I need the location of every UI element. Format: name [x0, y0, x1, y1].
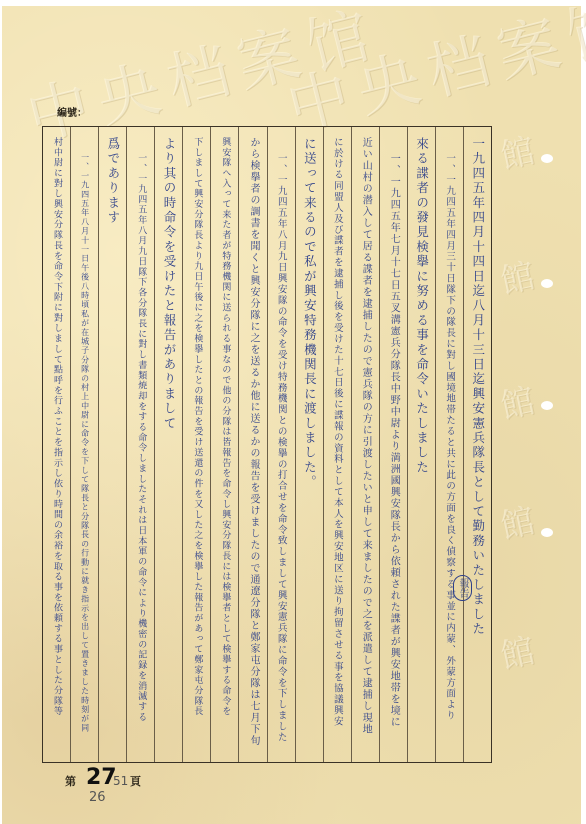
handwritten-line: 來る諜者の發見検擧に努める事を命令いたしました: [415, 137, 428, 475]
handwritten-line: 一、一九四五年八月九日興安隊の命令を受け特務機関との検擧の打合せを命令致しまして…: [276, 153, 286, 743]
binding-hole: [541, 279, 553, 288]
manuscript-column: 興安隊へ入って来た者が特務機関に送られる事なので他の分隊は皆報告を命令し興安分隊…: [210, 127, 238, 762]
watermark-side: 館: [495, 123, 538, 178]
binding-hole: [541, 528, 553, 537]
manuscript-grid: 一九四五年四月十四日迄八月十三日迄興安憲兵隊長として勤務いたしました一、一九四五…: [42, 126, 492, 763]
handwritten-line: 近い山村の潜入して居る諜者を逮捕したので憲兵隊の方に引渡したいと申して来ましたの…: [360, 137, 370, 735]
binding-hole: [541, 154, 553, 163]
page-note-handwritten: 26: [89, 790, 106, 805]
watermark-side: 館: [495, 373, 538, 428]
handwritten-line: より其の時命令を受けたと報告がありまして: [163, 137, 176, 431]
page-note-handwritten: 51: [113, 774, 128, 788]
manuscript-column: 一、一九四五年七月十七日五叉溝憲兵分隊長中野中尉より満洲國興安隊長から依頼された…: [379, 127, 407, 762]
manuscript-column: 村中尉に對し興安分隊長を命令下附に對しまして點呼を行ふことを指示し依り時間の余裕…: [43, 127, 70, 762]
handwritten-line: に送って来るので私が興安特務機関長に渡しました。: [303, 137, 316, 490]
page-label-prefix: 第: [65, 773, 76, 789]
manuscript-column: 近い山村の潜入して居る諜者を逮捕したので憲兵隊の方に引渡したいと申して来ましたの…: [351, 127, 379, 762]
handwritten-line: 一、一九四五年八月九日隊下各分隊長に對し書類焼却をする命令しましたそれは日本軍の…: [136, 153, 145, 722]
manuscript-column: 一九四五年四月十四日迄八月十三日迄興安憲兵隊長として勤務いたしました: [463, 127, 491, 762]
handwritten-line: 興安隊へ入って来た者が特務機関に送られる事なので他の分隊は皆報告を命令し興安分隊…: [220, 137, 229, 717]
manuscript-column: から検擧者の調書を聞くと興安分隊に之を送るか他に送るかの報告を受けましたので通遼…: [238, 127, 266, 762]
manuscript-column: 一、一九四五年八月十一日午後八時頃私が在城子分隊の村上中尉に命令を下して隊長と分…: [70, 127, 98, 762]
handwritten-line: 下しまして興安分隊長より九日午後に之を検擧したとの報告を受け送還の件を又した之を…: [192, 137, 201, 717]
handwritten-line: 一、一九四五年八月十一日午後八時頃私が在城子分隊の村上中尉に命令を下して隊長と分…: [81, 153, 89, 733]
manuscript-column: に送って来るので私が興安特務機関長に渡しました。: [295, 127, 323, 762]
handwritten-line: 村中尉に對し興安分隊長を命令下附に對しまして點呼を行ふことを指示し依り時間の余裕…: [52, 137, 61, 717]
manuscript-column: 爲であります: [98, 127, 126, 762]
watermark-side: 館: [495, 493, 538, 548]
manuscript-column: に於ける同盟人及び諜者を逮捕し後を受けた十七日後に諜報の資料として本人を興安地区…: [323, 127, 351, 762]
margin-annotation: 報告: [453, 575, 472, 601]
watermark-side: 館: [495, 623, 538, 678]
handwritten-line: 一九四五年四月十四日迄八月十三日迄興安憲兵隊長として勤務いたしました: [471, 137, 484, 637]
watermark-side: 館: [495, 248, 538, 303]
manuscript-column: 一、一九四五年八月九日隊下各分隊長に對し書類焼却をする命令しましたそれは日本軍の…: [126, 127, 154, 762]
binding-hole: [541, 401, 553, 410]
handwritten-line: 一、一九四五年七月十七日五叉溝憲兵分隊長中野中尉より満洲國興安隊長から依頼された…: [388, 153, 398, 728]
number-label: 編號：: [57, 104, 87, 119]
page-label-suffix: 頁: [130, 773, 141, 789]
handwritten-line: 一、一九四五年四月三十日隊下の隊長に對し國境地帯たると共に此の方面を良く偵察する…: [445, 153, 455, 721]
manuscript-column: 來る諜者の發見検擧に努める事を命令いたしました: [407, 127, 435, 762]
handwritten-line: に於ける同盟人及び諜者を逮捕し後を受けた十七日後に諜報の資料として本人を興安地区…: [332, 137, 342, 727]
manuscript-column: より其の時命令を受けたと報告がありまして: [154, 127, 182, 762]
manuscript-column: 一、一九四五年四月三十日隊下の隊長に對し國境地帯たると共に此の方面を良く偵察する…: [435, 127, 463, 762]
manuscript-column: 一、一九四五年八月九日興安隊の命令を受け特務機関との検擧の打合せを命令致しまして…: [267, 127, 295, 762]
handwritten-line: から検擧者の調書を聞くと興安分隊に之を送るか他に送るかの報告を受けましたので通遼…: [248, 137, 258, 747]
handwritten-line: 爲であります: [106, 137, 119, 225]
manuscript-column: 下しまして興安分隊長より九日午後に之を検擧したとの報告を受け送還の件を又した之を…: [182, 127, 210, 762]
